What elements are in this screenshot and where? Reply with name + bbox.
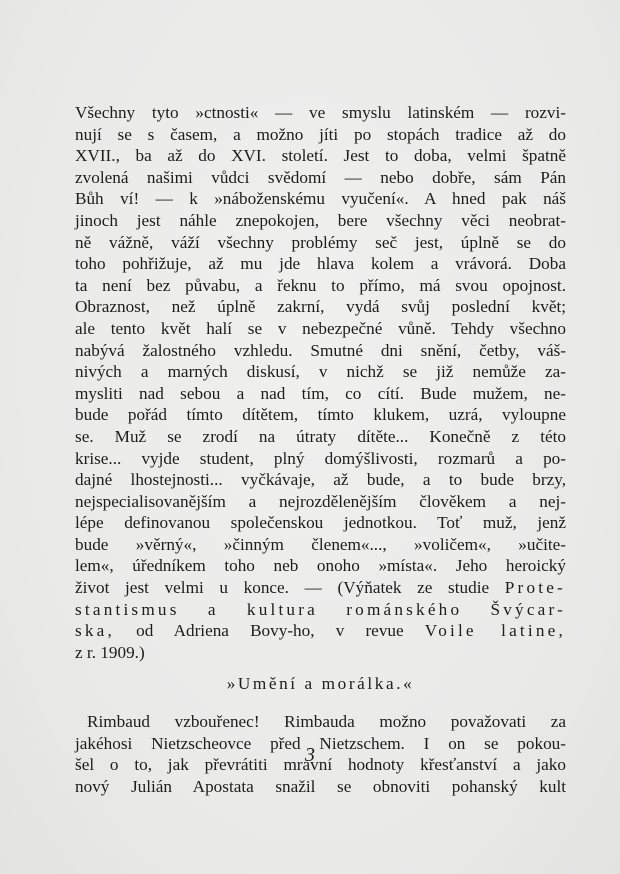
text-line: ta není bez půvabu, a řeknu to přímo, má… (75, 275, 566, 297)
text-line: ska, od Adriena Bovy-ho, v revue Voile l… (75, 620, 566, 642)
text-line: nový Julián Apostata snažil se obnoviti … (75, 776, 566, 798)
text-line: z r. 1909.) (75, 642, 566, 664)
text-line: se. Muž se zrodí na útraty dítěte... Kon… (75, 426, 566, 448)
section-heading: »Umění a morálka.« (75, 673, 566, 695)
text-line: zvolená našimi vůdci svědomí — nebo dobř… (75, 167, 566, 189)
text-line: lépe definovanou společenskou jednotkou.… (75, 512, 566, 534)
text-line: Všechny tyto »ctnosti« — ve smyslu latin… (75, 102, 566, 124)
text-line: toho pohřižuje, až mu jde hlava kolem a … (75, 253, 566, 275)
text-line: nivých a marných diskusí, v nichž se již… (75, 361, 566, 383)
text-line: bude »věrný«, »činným členem«..., »volič… (75, 534, 566, 556)
text-line: lem«, úředníkem toho neb onoho »místa«. … (75, 555, 566, 577)
text-segment: od Adriena Bovy-ho, v revue (115, 621, 425, 640)
text-line: nejspecialisovanějším a nejrozdělenějším… (75, 491, 566, 513)
text-line: XVII., ba až do XVI. století. Jest to do… (75, 145, 566, 167)
spaced-title-line: stantismus a kultura románského Švýcar- (75, 599, 566, 621)
text-line: život jest velmi u konce. — (Výňatek ze … (75, 577, 566, 599)
spaced-title-text: Prote- (505, 578, 566, 597)
text-line: dajné lhostejnosti... vyčkávaje, až bude… (75, 469, 566, 491)
text-segment: život jest velmi u konce. — (Výňatek ze … (75, 578, 489, 597)
text-line: Bůh ví! — k »náboženskému vyučení«. A hn… (75, 188, 566, 210)
text-line: jinoch jest náhle znepokojen, bere všech… (75, 210, 566, 232)
text-line: nabývá žalostného vzhledu. Smutné dni sn… (75, 340, 566, 362)
text-line: Rimbaud vzbouřenec! Rimbauda možno považ… (75, 711, 566, 733)
page-body: Všechny tyto »ctnosti« — ve smyslu latin… (75, 102, 566, 797)
text-line: ale tento květ halí se v nebezpečné vůně… (75, 318, 566, 340)
text-line: mysliti nad sebou a nad tím, co cítí. Bu… (75, 383, 566, 405)
text-line: ně vážně, váží všechny problémy seč jest… (75, 232, 566, 254)
spaced-title-text: ska, (75, 621, 115, 640)
book-page: Všechny tyto »ctnosti« — ve smyslu latin… (0, 0, 620, 874)
page-number: 3 (0, 744, 620, 767)
spaced-journal-title: Voile latine, (425, 621, 566, 640)
text-line: Obraznost, než úplně zakrní, vydá svůj p… (75, 296, 566, 318)
text-line: nují se s časem, a možno jíti po stopách… (75, 124, 566, 146)
text-line: krise... vyjde student, plný domýšlivost… (75, 448, 566, 470)
paragraph-1: Všechny tyto »ctnosti« — ve smyslu latin… (75, 102, 566, 663)
text-line: bude pořád tímto dítětem, tímto klukem, … (75, 404, 566, 426)
